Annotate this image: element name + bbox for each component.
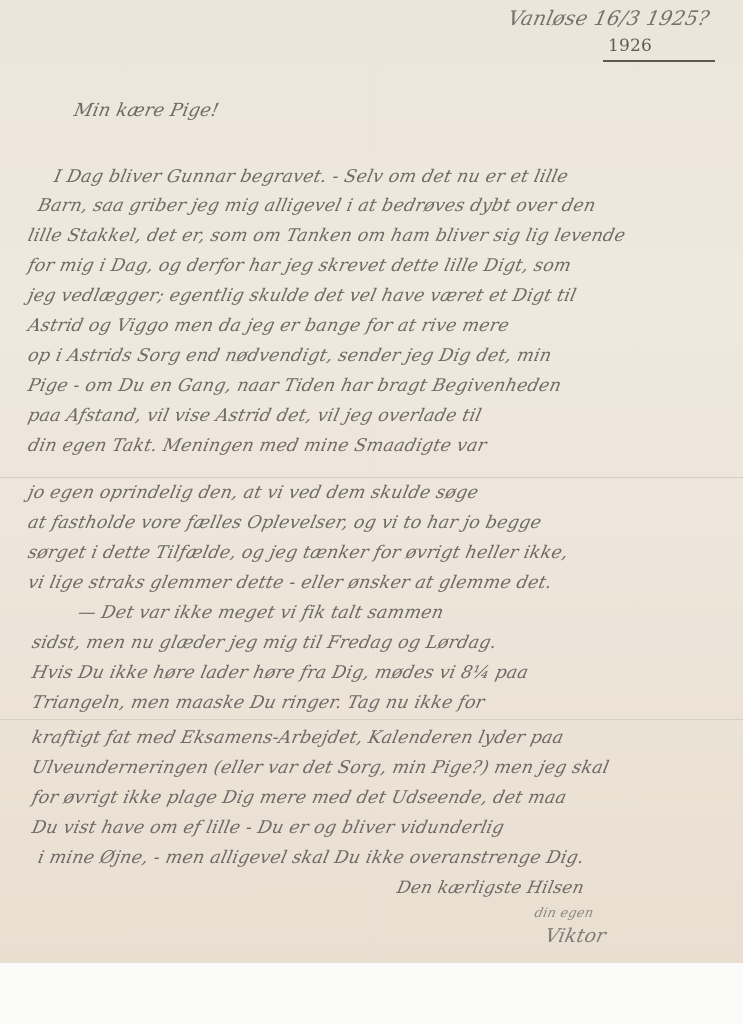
year-correction: 1926 — [608, 36, 652, 56]
salutation: Min kære Pige! — [72, 100, 221, 121]
scanned-page: Vanløse 16/3 1925? 1926 Min kære Pige! I… — [0, 0, 743, 1024]
body-line: sørget i dette Tilfælde, og jeg tænker f… — [26, 543, 570, 563]
fold-crease-upper — [0, 476, 743, 479]
body-line: vi lige straks glemmer dette - eller øns… — [26, 573, 554, 593]
letter-paper: Vanløse 16/3 1925? 1926 Min kære Pige! I… — [0, 0, 743, 963]
body-line: i mine Øjne, - men alligevel skal Du ikk… — [36, 848, 586, 868]
body-line: Triangeln, men maaske Du ringer. Tag nu … — [30, 693, 486, 713]
closing-din-egen: din egen — [533, 906, 595, 921]
body-line: sidst, men nu glæder jeg mig til Fredag … — [30, 633, 499, 653]
body-line: jo egen oprindelig den, at vi ved dem sk… — [26, 483, 480, 503]
body-line: for øvrigt ikke plage Dig mere med det U… — [30, 788, 568, 808]
body-line: op i Astrids Sorg end nødvendigt, sender… — [26, 346, 553, 366]
fold-crease-lower — [0, 718, 743, 721]
body-line: I Dag bliver Gunnar begravet. - Selv om … — [52, 167, 570, 187]
body-line: Barn, saa griber jeg mig alligevel i at … — [36, 196, 598, 216]
place-date: Vanløse 16/3 1925? — [506, 6, 712, 30]
body-line: kraftigt fat med Eksamens-Arbejdet, Kale… — [30, 728, 565, 748]
body-line: Du vist have om ef lille - Du er og bliv… — [30, 818, 506, 838]
scan-margin — [0, 963, 743, 1024]
body-line: — Det var ikke meget vi fik talt sammen — [76, 603, 445, 623]
body-line: din egen Takt. Meningen med mine Smaadig… — [26, 436, 488, 456]
body-line: lille Stakkel, det er, som om Tanken om … — [26, 226, 627, 246]
body-line: for mig i Dag, og derfor har jeg skrevet… — [26, 256, 573, 276]
year-underline — [603, 60, 715, 62]
signature: Viktor — [543, 925, 608, 947]
body-line: Ulveunderneringen (eller var det Sorg, m… — [30, 758, 611, 778]
body-line: Pige - om Du en Gang, naar Tiden har bra… — [26, 376, 563, 396]
body-line: Astrid og Viggo men da jeg er bange for … — [26, 316, 511, 336]
body-line: paa Afstand, vil vise Astrid det, vil je… — [26, 406, 483, 426]
body-line: Hvis Du ikke høre lader høre fra Dig, mø… — [30, 663, 530, 683]
body-line: at fastholde vore fælles Oplevelser, og … — [26, 513, 543, 533]
body-line: jeg vedlægger; egentlig skulde det vel h… — [26, 286, 578, 306]
closing-greeting: Den kærligste Hilsen — [395, 878, 586, 898]
